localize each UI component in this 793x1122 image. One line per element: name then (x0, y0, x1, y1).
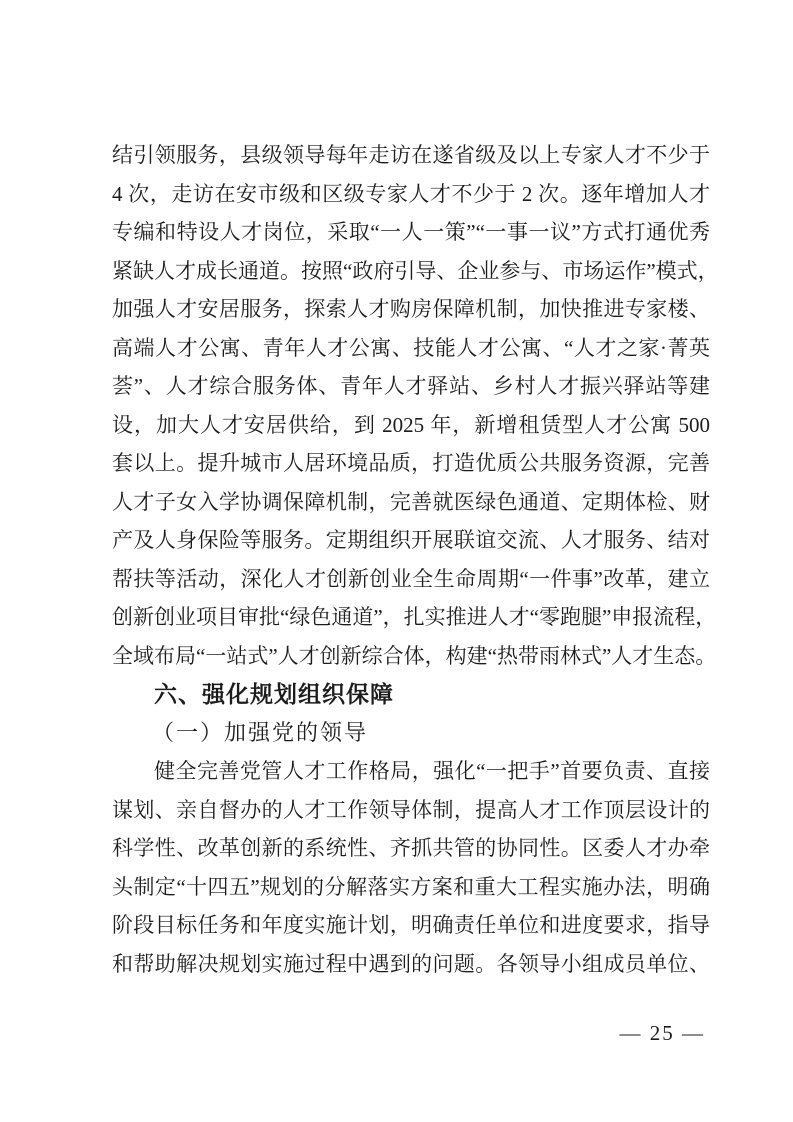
text-line: 创新创业项目审批“绿色通道”，扎实推进人才“零跑腿”申报流程， (112, 598, 710, 637)
text-line: 谋划、亲自督办的人才工作领导体制，提高人才工作顶层设计的 (112, 791, 710, 830)
subsection-heading: （一）加强党的领导 (112, 714, 710, 753)
text-block: 结引领服务，县级领导每年走访在遂省级及以上专家人才不少于4 次，走访在安市级和区… (112, 136, 710, 983)
paragraph-body: 健全完善党管人才工作格局，强化“一把手”首要负责、直接谋划、亲自督办的人才工作领… (112, 752, 710, 983)
text-line: 帮扶等活动，深化人才创新创业全生命周期“一件事”改革，建立 (112, 560, 710, 599)
text-line: 紧缺人才成长通道。按照“政府引导、企业参与、市场运作”模式， (112, 252, 710, 291)
text-line: 健全完善党管人才工作格局，强化“一把手”首要负责、直接 (112, 752, 710, 791)
text-line: 头制定“十四五”规划的分解落实方案和重大工程实施办法，明确 (112, 868, 710, 907)
text-line: 全域布局“一站式”人才创新综合体，构建“热带雨林式”人才生态。 (112, 637, 710, 676)
text-line: 阶段目标任务和年度实施计划，明确责任单位和进度要求，指导 (112, 906, 710, 945)
section-heading: 六、强化规划组织保障 (112, 675, 710, 714)
text-line: 人才子女入学协调保障机制，完善就医绿色通道、定期体检、财 (112, 483, 710, 522)
text-line: 荟”、人才综合服务体、青年人才驿站、乡村人才振兴驿站等建 (112, 367, 710, 406)
text-line: 科学性、改革创新的系统性、齐抓共管的协同性。区委人才办牵 (112, 829, 710, 868)
text-line: 产及人身保险等服务。定期组织开展联谊交流、人才服务、结对 (112, 521, 710, 560)
text-line: 专编和特设人才岗位，采取“一人一策”“一事一议”方式打通优秀 (112, 213, 710, 252)
text-line: 套以上。提升城市人居环境品质，打造优质公共服务资源，完善 (112, 444, 710, 483)
document-page: 结引领服务，县级领导每年走访在遂省级及以上专家人才不少于4 次，走访在安市级和区… (0, 0, 793, 1122)
text-line: 高端人才公寓、青年人才公寓、技能人才公寓、“人才之家·菁英 (112, 329, 710, 368)
text-line: 加强人才安居服务，探索人才购房保障机制，加快推进专家楼、 (112, 290, 710, 329)
text-line: 4 次，走访在安市级和区级专家人才不少于 2 次。逐年增加人才 (112, 175, 710, 214)
page-number: — 25 — (620, 1018, 706, 1048)
text-line: 设，加大人才安居供给，到 2025 年，新增租赁型人才公寓 500 (112, 406, 710, 445)
text-line: 结引领服务，县级领导每年走访在遂省级及以上专家人才不少于 (112, 136, 710, 175)
text-line: 和帮助解决规划实施过程中遇到的问题。各领导小组成员单位、 (112, 945, 710, 984)
paragraph-continuation: 结引领服务，县级领导每年走访在遂省级及以上专家人才不少于4 次，走访在安市级和区… (112, 136, 710, 675)
